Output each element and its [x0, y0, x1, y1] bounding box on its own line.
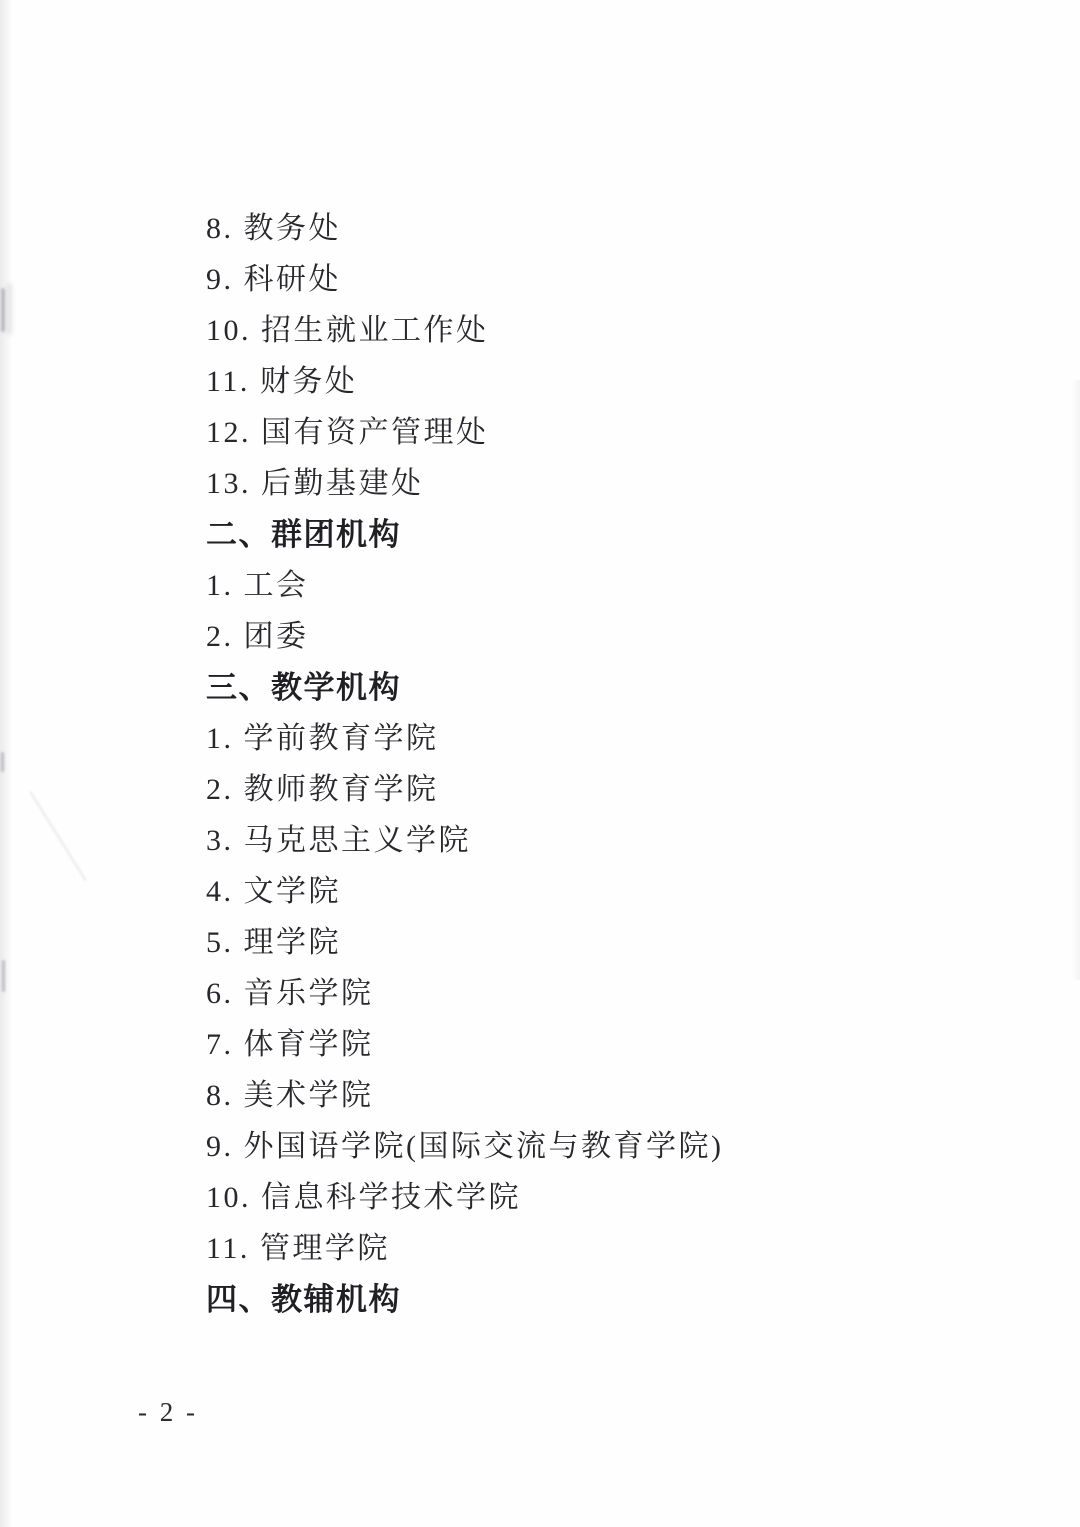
section-heading: 二、群团机构	[206, 509, 723, 560]
scan-edge-shadow-right	[1072, 380, 1080, 980]
list-item: 2. 教师教育学院	[206, 764, 723, 815]
list-item: 6. 音乐学院	[206, 968, 723, 1019]
section-heading: 四、教辅机构	[206, 1274, 723, 1325]
list-item: 10. 招生就业工作处	[206, 305, 723, 356]
list-item: 11. 管理学院	[206, 1223, 723, 1274]
list-item: 11. 财务处	[206, 356, 723, 407]
scan-crease-line	[29, 791, 86, 881]
org-structure-list: 8. 教务处 9. 科研处 10. 招生就业工作处 11. 财务处 12. 国有…	[206, 203, 723, 1325]
list-item: 12. 国有资产管理处	[206, 407, 723, 458]
list-item: 4. 文学院	[206, 866, 723, 917]
page-number: - 2 -	[138, 1394, 198, 1430]
list-item: 9. 科研处	[206, 254, 723, 305]
list-item: 3. 马克思主义学院	[206, 815, 723, 866]
list-item: 1. 学前教育学院	[206, 713, 723, 764]
list-item: 8. 教务处	[206, 203, 723, 254]
list-item: 8. 美术学院	[206, 1070, 723, 1121]
list-item: 9. 外国语学院(国际交流与教育学院)	[206, 1121, 723, 1172]
list-item: 7. 体育学院	[206, 1019, 723, 1070]
scan-speck	[1, 752, 4, 772]
document-page: 8. 教务处 9. 科研处 10. 招生就业工作处 11. 财务处 12. 国有…	[0, 0, 1080, 1527]
list-item: 10. 信息科学技术学院	[206, 1172, 723, 1223]
list-item: 5. 理学院	[206, 917, 723, 968]
scan-speck	[7, 283, 12, 335]
list-item: 1. 工会	[206, 560, 723, 611]
scan-speck	[1, 288, 5, 332]
list-item: 2. 团委	[206, 611, 723, 662]
list-item: 13. 后勤基建处	[206, 458, 723, 509]
section-heading: 三、教学机构	[206, 662, 723, 713]
scan-speck	[2, 960, 5, 992]
